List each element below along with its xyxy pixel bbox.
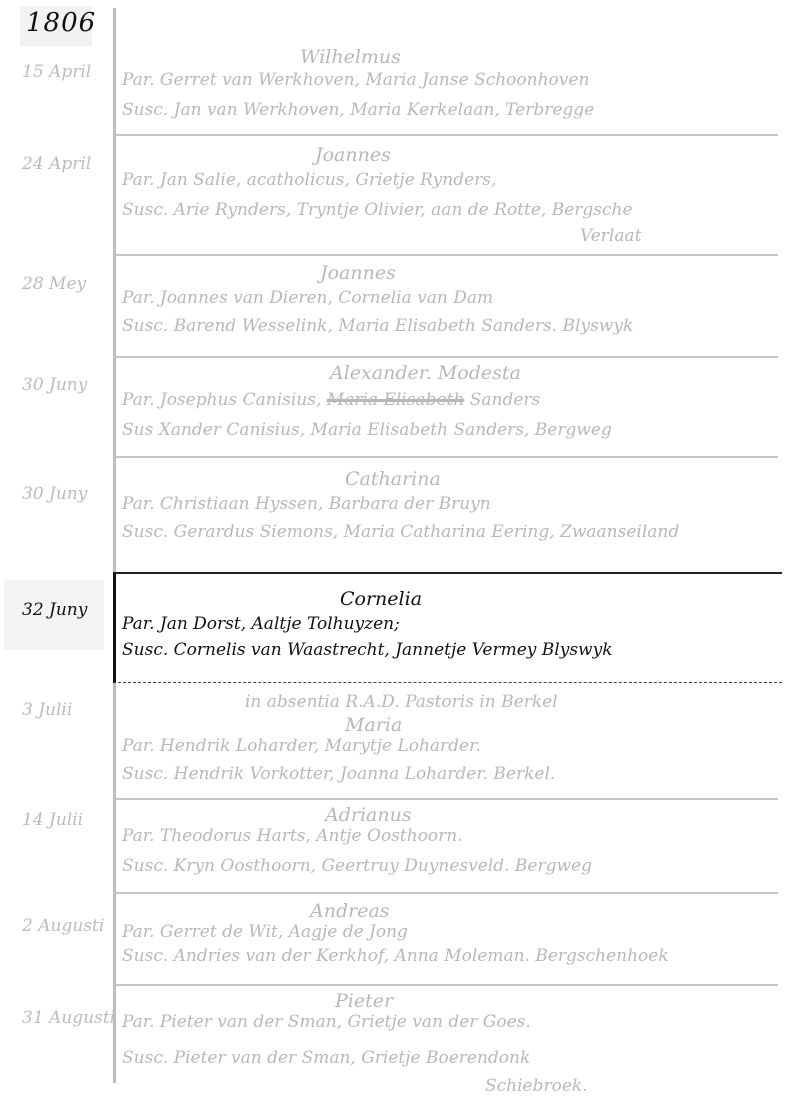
sponsors-line: Susc. Andries van der Kerkhof, Anna Mole… [122, 946, 669, 966]
sponsors-line: Susc. Kryn Oosthoorn, Geertruy Duynesvel… [122, 856, 592, 876]
parents-line: Par. Gerret de Wit, Aagje de Jong [122, 922, 408, 942]
entry-date: 30 Juny [22, 375, 87, 395]
parents-line: Par. Theodorus Harts, Antje Oosthoorn. [122, 826, 463, 846]
entry-note: Schiebroek. [485, 1076, 588, 1096]
child-name: Catharina [345, 468, 441, 490]
parents-prefix: Par. Josephus Canisius, [122, 390, 321, 410]
sponsors-line: Susc. Gerardus Siemons, Maria Catharina … [122, 522, 679, 542]
year-label: 1806 [26, 8, 96, 38]
parents-line: Par. Gerret van Werkhoven, Maria Janse S… [122, 70, 589, 90]
sponsors-line: Susc. Pieter van der Sman, Grietje Boere… [122, 1048, 530, 1068]
sponsors-line: Susc. Jan van Werkhoven, Maria Kerkelaan… [122, 100, 594, 120]
entry-note: Verlaat [580, 226, 641, 246]
child-name: Joannes [315, 144, 391, 166]
child-name: Adrianus [325, 804, 412, 826]
child-name: Joannes [320, 262, 396, 284]
child-name: Cornelia [340, 588, 422, 610]
parents-line: Par. Jan Dorst, Aaltje Tolhuyzen; [122, 614, 400, 634]
entry-divider [116, 984, 778, 986]
entry-date: 3 Julii [22, 700, 72, 720]
parents-line: Par. Jan Salie, acatholicus, Grietje Ryn… [122, 170, 496, 190]
entry-date: 14 Julii [22, 810, 83, 830]
entry-date: 32 Juny [22, 600, 87, 620]
sponsors-line: Susc. Barend Wesselink, Maria Elisabeth … [122, 316, 633, 336]
sponsors-line: Sus Xander Canisius, Maria Elisabeth San… [122, 420, 612, 440]
entry-date: 31 Augusti [22, 1008, 115, 1028]
child-name: Pieter [335, 990, 393, 1012]
entry-divider [116, 356, 778, 358]
entry-divider [116, 798, 778, 800]
parents-line: Par. Christiaan Hyssen, Barbara der Bruy… [122, 494, 491, 514]
sponsors-line: Susc. Arie Rynders, Tryntje Olivier, aan… [122, 200, 633, 220]
parents-line: Par. Hendrik Loharder, Marytje Loharder. [122, 736, 481, 756]
parents-line: Par. Pieter van der Sman, Grietje van de… [122, 1012, 531, 1032]
child-name: Alexander. Modesta [330, 362, 521, 384]
sponsors-line: Susc. Hendrik Vorkotter, Joanna Loharder… [122, 764, 555, 784]
entry-date: 15 April [22, 62, 91, 82]
sponsors-line: Susc. Cornelis van Waastrecht, Jannetje … [122, 640, 613, 660]
entry-note: in absentia R.A.D. Pastoris in Berkel [245, 692, 558, 712]
parents-line: Par. Josephus Canisius, Maria Elisabeth … [122, 390, 540, 410]
struck-text: Maria Elisabeth [327, 390, 465, 410]
child-name: Maria [345, 714, 402, 736]
entry-date: 28 Mey [22, 274, 86, 294]
entry-date: 30 Juny [22, 484, 87, 504]
child-name: Andreas [310, 900, 390, 922]
parents-line: Par. Joannes van Dieren, Cornelia van Da… [122, 288, 493, 308]
entry-date: 2 Augusti [22, 916, 104, 936]
entry-divider [116, 456, 778, 458]
entry-divider [116, 892, 778, 894]
entry-divider [116, 134, 778, 136]
margin-rule [113, 8, 116, 1083]
child-name: Wilhelmus [300, 46, 401, 68]
entry-divider [116, 254, 778, 256]
entry-date: 24 April [22, 154, 91, 174]
parents-suffix: Sanders [470, 390, 541, 410]
